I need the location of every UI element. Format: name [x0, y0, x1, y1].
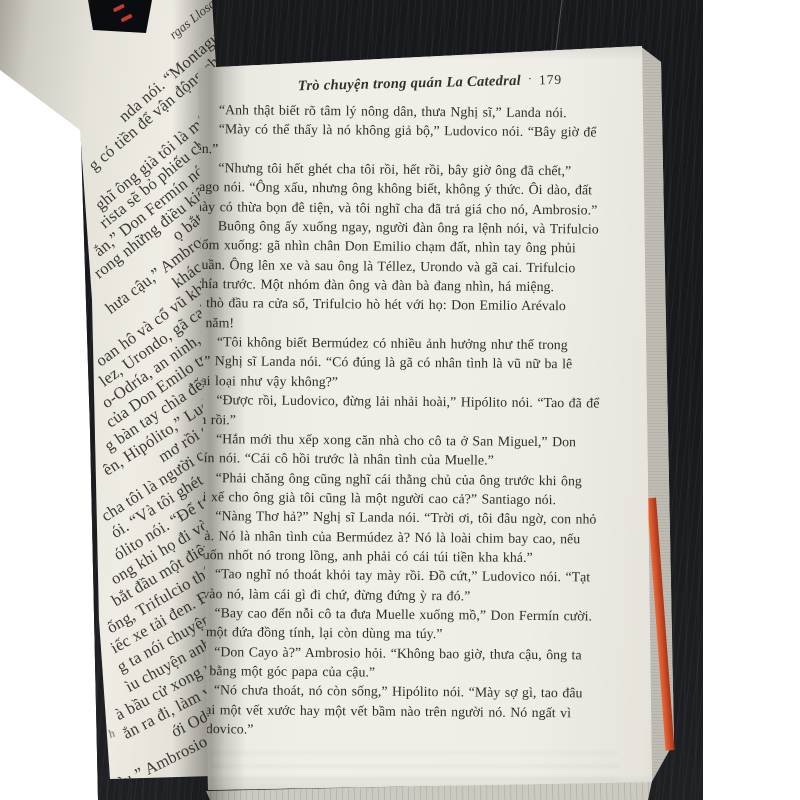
- page-number: 179: [539, 72, 563, 88]
- text-line: ể lại một vết xước hay một vết bầm nào t…: [191, 700, 643, 723]
- show-through-text: [210, 752, 618, 786]
- red-spine-mark: [113, 4, 125, 13]
- header-separator-dot: ·: [521, 71, 539, 85]
- red-spine-mark: [121, 14, 133, 23]
- text-line: “Mày có thể thấy là nó không giả bộ,” Lu…: [196, 119, 648, 142]
- running-header: Trò chuyện trong quán La Catedral·179: [258, 70, 602, 96]
- body-lines: “Anh thật biết rõ tâm lý nông dân, thưa …: [190, 100, 648, 742]
- chapter-title: Trò chuyện trong quán La Catedral: [298, 73, 522, 94]
- text-line: “Được rồi, Ludovico, đừng lải nhải hoài,…: [193, 390, 645, 413]
- text-line: Ludovico.”: [190, 719, 642, 742]
- book-photo: rgas Llosa nda nói. “Montague đg có tiền…: [0, 0, 800, 800]
- right-page: Trò chuyện trong quán La Catedral·179 “A…: [186, 38, 664, 800]
- text-line: i, thò đầu ra cửa sổ, Trifulcio hò hét v…: [194, 293, 646, 316]
